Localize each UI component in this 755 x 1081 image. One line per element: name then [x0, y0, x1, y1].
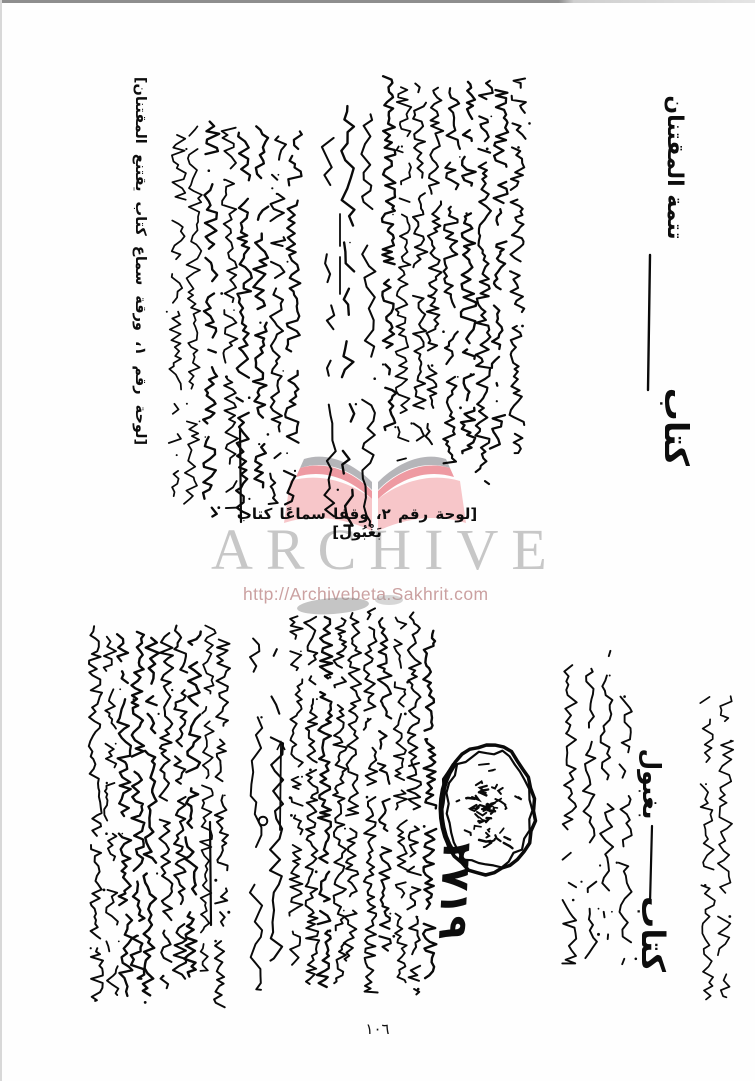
page-number: ١٠٦	[0, 1020, 755, 1038]
scanned-book-page: { "page": { "number": "١٠٦" }, "watermar…	[0, 0, 755, 1081]
plate-bottom-caption: [لوحة رقم ٢، وقفا سماعًا كتاب بَغْبُول]	[228, 505, 486, 541]
scan-border-top	[0, 0, 755, 3]
plate-bottom-title-kitab: كتاب	[620, 906, 672, 972]
watermark-url-text: http://Archivebeta.Sakhrit.com	[243, 584, 488, 605]
plate-top-side-caption: [لوحة رقم ١، ورقة سماع كتاب يقتنع المقتن…	[122, 60, 148, 462]
plate-top-title-kitab: كتاب	[642, 394, 696, 466]
scan-border-left	[0, 0, 2, 1081]
plate-bottom-title-rest: بغبول	[618, 744, 666, 824]
inventory-number: ٢٧١٩	[423, 842, 480, 941]
plate-top-title-rest: تتمة المقتنان	[629, 85, 687, 250]
